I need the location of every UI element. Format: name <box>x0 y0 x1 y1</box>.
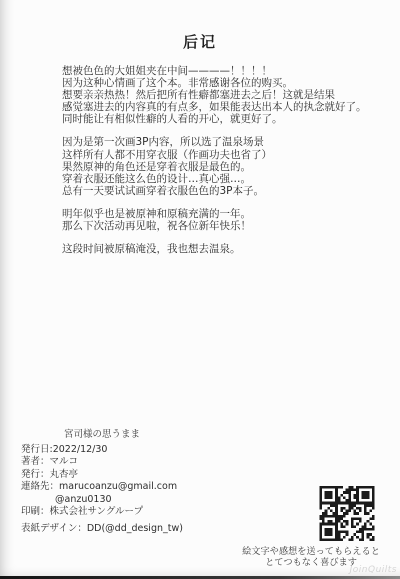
book-title: 宮司様の思うまま <box>64 426 140 440</box>
page-title: 后记 <box>0 31 400 52</box>
paragraph-line: 同时能让有相似性癖的人看的开心，就更好了。 <box>62 113 388 125</box>
colophon: 発行日:2022/12/30 著者：マルコ 発行：丸杏亭 連絡先：marucoa… <box>21 444 183 536</box>
paragraph-line: 穿着衣服还能这么色的设计…真心强…。 <box>62 173 388 185</box>
publisher: 発行：丸杏亭 <box>21 469 183 481</box>
paragraph: 因为是第一次画3P内容，所以选了温泉场景 这样所有人都不用穿衣服（作画功夫也省了… <box>62 136 388 196</box>
paragraph-line: 这样所有人都不用穿衣服（作画功夫也省了） <box>62 149 388 161</box>
contact-handle: @anzu0130 <box>21 494 183 506</box>
qr-code-graphic <box>317 486 377 541</box>
paragraph-line: 因为这种心情画了这个本。非常感谢各位的购买。 <box>62 77 388 89</box>
paragraph-line: 这段时间被原稿淹没，我也想去温泉。 <box>62 243 388 255</box>
afterword-body: 想被色色的大姐姐夹在中间————！！！！ 因为这种心情画了这个本。非常感谢各位的… <box>62 65 388 266</box>
contact-email: 連絡先：marucoanzu@gmail.com <box>21 481 183 493</box>
paragraph-line: 果然原神的角色还是穿着衣服是最色的。 <box>62 161 388 173</box>
printer: 印刷：株式会社サングループ <box>21 506 183 518</box>
paragraph: 明年似乎也是被原神和原稿充满的一年。 那么下次活动再见啦，祝各位新年快乐！ <box>62 208 388 232</box>
qr-code <box>317 486 377 541</box>
paragraph-line: 总有一天要试试画穿着衣服色色的3P本子。 <box>62 185 388 197</box>
paragraph-line: 因为是第一次画3P内容，所以选了温泉场景 <box>62 136 388 148</box>
feedback-line: 絵文字や感想を送ってもらえると <box>236 547 386 558</box>
paragraph: 想被色色的大姐姐夹在中间————！！！！ 因为这种心情画了这个本。非常感谢各位的… <box>62 65 388 125</box>
paragraph-line: 那么下次活动再见啦，祝各位新年快乐！ <box>62 220 388 232</box>
cover-design-credit: 表紙デザイン：DD(@dd_design_tw) <box>21 523 183 535</box>
paragraph-line: 感觉塞进去的内容真的有点多，如果能表达出本人的执念就好了。 <box>62 101 388 113</box>
paragraph: 这段时间被原稿淹没，我也想去温泉。 <box>62 243 388 255</box>
paragraph-line: 想被色色的大姐姐夹在中间————！！！！ <box>62 65 388 77</box>
watermark: JoinQuilts <box>350 565 397 575</box>
paragraph-line: 想要亲亲热热！然后把所有性癖都塞进去之后！这就是结果 <box>62 89 388 101</box>
publish-date: 発行日:2022/12/30 <box>21 444 183 456</box>
paragraph-line: 明年似乎也是被原神和原稿充满的一年。 <box>62 208 388 220</box>
author: 著者：マルコ <box>21 456 183 468</box>
afterword-page: 后记 想被色色的大姐姐夹在中间————！！！！ 因为这种心情画了这个本。非常感谢… <box>0 0 400 579</box>
